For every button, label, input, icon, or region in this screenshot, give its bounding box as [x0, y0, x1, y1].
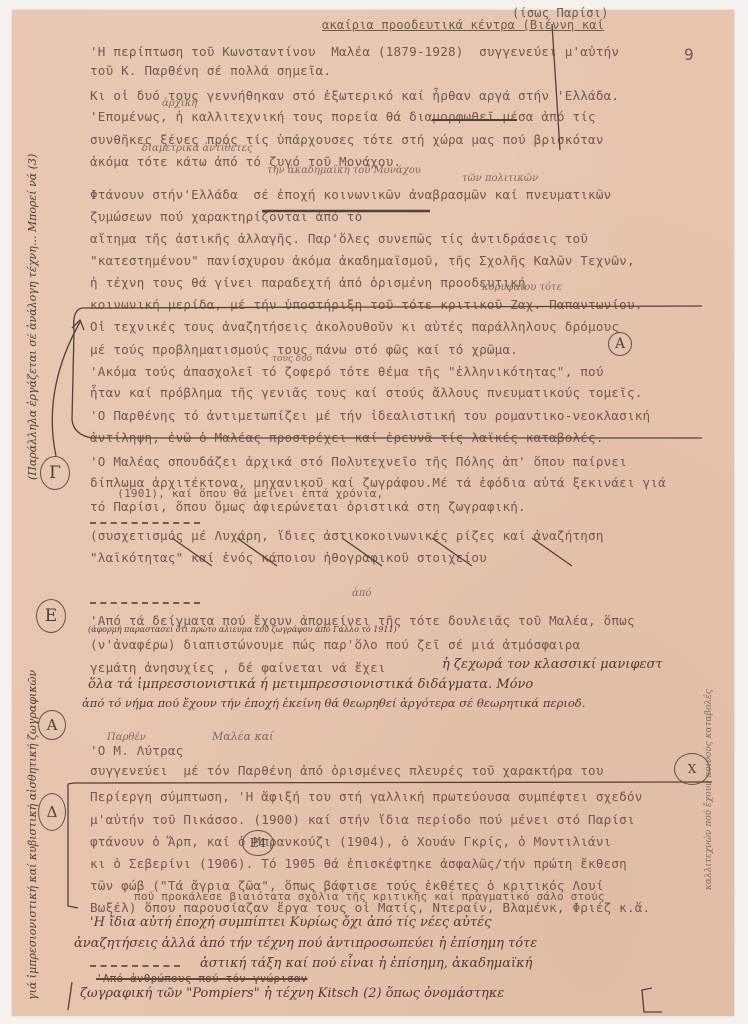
interlinear-note: τῶν πολιτικῶν — [462, 173, 538, 184]
marker-circle: Γ — [40, 456, 70, 490]
text-line: Φτάνουν στήν'Ελλάδα σέ ἐποχή κοινωνικῶν … — [90, 187, 611, 202]
interlinear-note: τήν ἀκαδημαϊκή τοῦ Μονάχου — [267, 165, 421, 176]
interlinear-note: ἀρχική — [162, 98, 197, 109]
text-line: Οἱ τεχνικές τους ἀναζητήσεις ἀκολουθοῦν … — [90, 319, 619, 334]
marker-circle: E — [36, 599, 66, 633]
margin-note-left-top: (Παράλληλα ἐργάζεται σέ ἀνάλογη τέχνη...… — [26, 154, 39, 480]
text-line: 'Ακόμα τούς ἀπασχολεῖ τό ζοφερό τότε θέμ… — [90, 364, 604, 379]
interlinear-note: Παρθέν — [107, 732, 146, 743]
text-line: 'Η περίπτωση τοῦ Κωνσταντίνου Μαλέα (187… — [90, 44, 619, 59]
text-line: "λαϊκότητας" καί ἑνός κάποιου ἠθογραφικο… — [90, 550, 487, 565]
paragraph-10: Περίεργη σύμπτωση, 'Η ἄφιξή του στή γαλλ… — [90, 789, 121, 909]
text-line: τό Παρίσι, ὅπου ὅμως ἀφιερώνεται ὁριστικ… — [90, 499, 526, 514]
interlinear-note: τούς δυό — [272, 354, 312, 364]
typewritten-page: 9 (ίσως Παρίσι) ακαίρια προοδευτικά κέντ… — [12, 10, 734, 1016]
paragraph-5: 'Ακόμα τούς ἀπασχολεῖ τό ζοφερό τότε θέμ… — [90, 364, 121, 454]
paragraph-2: Κι οἱ δυό τους γεννήθηκαν στό ἐξωτερικό … — [90, 88, 121, 178]
paragraph-7: (συσχετισμός μέ Λυχάρη, ἴδιες ἀστικοκοιν… — [90, 528, 121, 588]
text-line: κι ὁ Σεβερίνι (1906). Τό 1905 θά ἐπισκέφ… — [90, 856, 627, 871]
handwritten-line: ὅλα τά ἰμπρεσσιονιστικά ή μετιμπρεσσιονι… — [88, 677, 533, 692]
text-line: ἀντίληψη, ἐνῶ ὁ Μαλέας προστρέχει καί ἐρ… — [90, 430, 604, 445]
text-line: φτάνουν ὁ Ἄρπ, καί ὁ Μπρανκούζι (1904), … — [90, 834, 611, 849]
annotation-top-b: ακαίρια προοδευτικά κέντρα (Βιέννη καί — [322, 18, 604, 32]
margin-note-left-bottom: γιά ἰμπρεσιονιστική καί κυβιστική αἰσθητ… — [26, 670, 39, 1000]
text-line: 'Ο Μαλέας σπουδάζει ἀρχικά στό Πολυτεχνε… — [90, 454, 627, 469]
text-line: ἦταν καί πρόβλημα τῆς γενιᾶς τους καί στ… — [90, 385, 643, 400]
marker-circle: Ε4 — [242, 830, 274, 856]
dashed-rule — [90, 965, 180, 967]
marker-circle: A — [608, 332, 632, 356]
text-line: ἡ τέχνη τους θά γίνει παραδεχτή ἀπό ὁρισ… — [90, 275, 526, 290]
interlinear-note: διαμετρικά ἀντίθετες — [142, 143, 253, 154]
handwritten-line: ἀναζητήσεις ἀλλά ἀπό τήν τέχνη πού ἀντιπ… — [74, 936, 537, 951]
handwritten-line: ἡ ζεχωρά τον κλασσικί μανιφεστ — [442, 657, 663, 672]
text-line: κοινωνική μερίδα, μέ τήν ὑποστήριξη τοῦ … — [90, 297, 643, 312]
text-line: (ν'ἀναφέρω) διαπιστώνουμε πώς παρ'ὅλο πο… — [90, 637, 580, 652]
interlinear-note: κορυφαίου τότε — [482, 282, 562, 293]
text-line: 'Ο Μ. Λύτρας — [90, 743, 183, 758]
dashed-rule — [90, 522, 200, 524]
interlinear-note: (ἀφορμή παραστασεί ὅτι πρώτο αλιευμα τοῦ… — [88, 625, 397, 634]
text-line: Περίεργη σύμπτωση, 'Η ἄφιξή του στή γαλλ… — [90, 789, 643, 804]
page-number: 9 — [684, 45, 694, 64]
interlinear-note: πού προκάλεσε βιαιότατα σχόλια τῆς κριτι… — [134, 890, 605, 903]
text-line: συγγενεύει μέ τόν Παρθένη ἀπό ὁρισμένες … — [90, 763, 604, 778]
handwritten-line: ἀπό τό νήμα πού ἔχουν τήν ἐποχή ἐκείνη θ… — [82, 696, 585, 710]
paragraph-3: Φτάνουν στήν'Ελλάδα σέ ἐποχή κοινωνικῶν … — [90, 187, 121, 307]
handwritten-line: 'Η ἴδια αὐτή ἐποχή συμπίπτει Κυρίως ὄχι … — [90, 915, 491, 930]
handwritten-line: ἀστική τάξη καί πού εἶναι ἡ ἐπίσημη, ἀκα… — [200, 956, 532, 971]
text-line: "κατεστημένου" πανίσχυρου ἀκόμα ἀκαδημαϊ… — [90, 253, 635, 268]
text-line: αἴτημα τῆς ἀστικῆς ἀλλαγῆς. Παρ'ὅλες συν… — [90, 231, 588, 246]
marker-circle: Δ — [38, 793, 66, 831]
margin-note-right: καλλιτεχνών πού ἔχουν κοινούς καταβολές — [704, 689, 714, 890]
interlinear-note: ἀπό — [352, 588, 371, 599]
text-line: 'Ο Παρθένης τό ἀντιμετωπίζει μέ τήν ἰδεα… — [90, 408, 650, 423]
struck-typed-line: 'Από ἀνθρώπους πού τόν γνώρισαν — [96, 972, 308, 985]
marker-circle: A — [38, 710, 66, 740]
dashed-rule — [90, 602, 200, 604]
text-line: (συσχετισμός μέ Λυχάρη, ἴδιες ἀστικοκοιν… — [90, 528, 604, 543]
text-line: μ'αὐτήν τοῦ Πικάσσο. (1900) καί στήν ἴδι… — [90, 812, 635, 827]
handwritten-line: ζωγραφική τῶν "Pompiers" ἡ τέχνη Kitsch … — [80, 986, 504, 1001]
text-line: 'Επομένως, ἡ καλλιτεχνική τους πορεία θά… — [90, 109, 596, 124]
text-line: γεμάτη ἀνησυχίες , δέ φαίνεται νά ἔχει — [90, 660, 386, 675]
text-line: ζυμώσεων πού χαρακτηρίζονται ἀπό τό — [90, 209, 362, 224]
interlinear-note: Μαλέα καί — [212, 730, 273, 743]
text-line: τοῦ Κ. Παρθένη σέ πολλά σημεῖα. — [90, 63, 331, 78]
